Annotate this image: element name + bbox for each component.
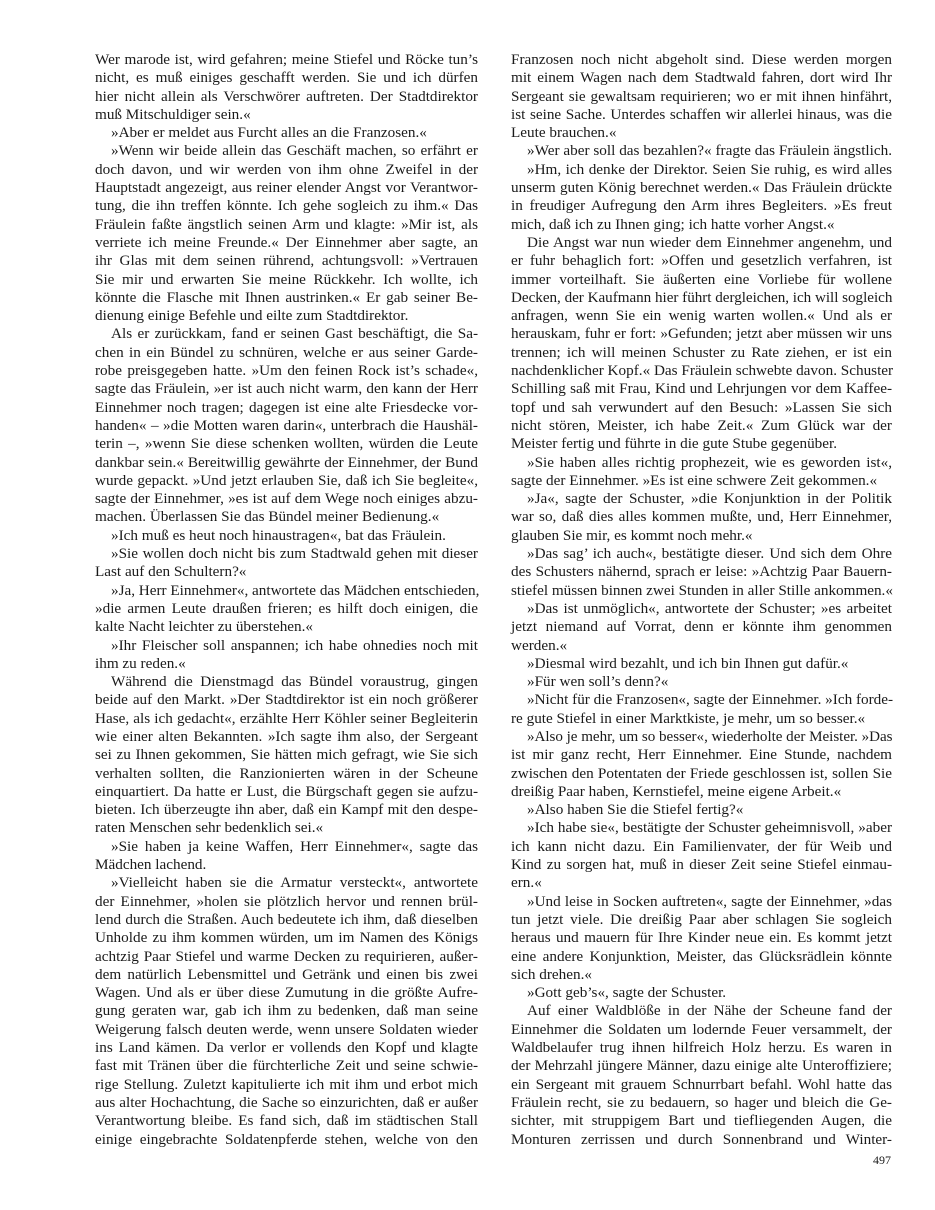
text-line: zwischen den Potentaten der Friede gesch… [511, 765, 892, 783]
text-line: Hase, als ich gedacht«, erzählte Herr Kö… [95, 710, 478, 728]
text-line: Wagen. Und als er über diese Zumutung in… [95, 984, 478, 1002]
text-line: sichter, mit struppigem Bart und tieflie… [511, 1112, 892, 1130]
text-line: Fräulein recht, sie zu bedauern, so hage… [511, 1094, 892, 1112]
text-line: »Sie haben alles richtig prophezeit, wie… [511, 454, 892, 472]
text-line: ihm zu reden.« [95, 655, 478, 673]
text-line: Franzosen noch nicht abgeholt sind. Dies… [511, 51, 892, 69]
text-line: »Nicht für die Franzosen«, sagte der Ein… [511, 691, 892, 709]
text-line: Als er zurückkam, fand er seinen Gast be… [95, 325, 478, 343]
text-line: mich, daß ich zu Ihnen ging; ich hatte v… [511, 216, 892, 234]
text-line: »Ja«, sagte der Schuster, »die Konjunkti… [511, 490, 892, 508]
text-line: dienung einige Befehle und eilte zum Sta… [95, 307, 478, 325]
text-line: Fräulein faßte ängstlich seinen Arm und … [95, 216, 478, 234]
text-line: Meister fertig und führte in die gute St… [511, 435, 892, 453]
text-line: Decken, der Kaufmann hier führt dergleic… [511, 289, 892, 307]
text-line: er fuhr behaglich fort: »Offen und geset… [511, 252, 892, 270]
text-line: achtzig Paar Stiefel und warme Decken zu… [95, 948, 478, 966]
page-number: 497 [873, 1153, 891, 1168]
text-line: des Schusters nähernd, sprach er leise: … [511, 563, 892, 581]
text-line: sagte das Fräulein, »er ist auch nicht w… [95, 380, 478, 398]
text-line: aus alter Hochachtung, die Sache so einz… [95, 1094, 478, 1112]
text-line: Während die Dienstmagd das Bündel voraus… [95, 673, 478, 691]
text-line: trennen; ich will meinen Schuster zu Rat… [511, 344, 892, 362]
text-line: re gute Stiefel in einer Marktkiste, je … [511, 710, 892, 728]
text-line: einquartiert. Da hatte er Lust, die Bürg… [95, 783, 478, 801]
text-line: »Ihr Fleischer soll anspannen; ich habe … [95, 637, 478, 655]
text-line: handen« – »die Motten waren darin«, unte… [95, 417, 478, 435]
text-line: immer vorteilhaft. Sie äußerten eine Vor… [511, 271, 892, 289]
text-line: »Ich habe sie«, bestätigte der Schuster … [511, 819, 892, 837]
text-line: fast mit Tränen über die fürchterliche Z… [95, 1057, 478, 1075]
text-line: ich kann nicht dazu. Ein Familienvater, … [511, 838, 892, 856]
text-line: machen. Überlassen Sie das Bündel meiner… [95, 508, 478, 526]
text-line: terin –, »wenn Sie diese schenken wollte… [95, 435, 478, 453]
text-line: Schilling saß mit Frau, Kind und Lehrjun… [511, 380, 892, 398]
text-line: »Vielleicht haben sie die Armatur verste… [95, 874, 478, 892]
text-line: »Also je mehr, um so besser«, wiederholt… [511, 728, 892, 746]
text-line: »Also haben Sie die Stiefel fertig?« [511, 801, 892, 819]
text-line: eine andere Konjunktion, Meister, das Gl… [511, 948, 892, 966]
text-line: war so, daß dies alles kommen mußte, und… [511, 508, 892, 526]
text-line: Die Angst war nun wieder dem Einnehmer a… [511, 234, 892, 252]
text-line: ihr Glas mit dem seinen rührend, achtung… [95, 252, 478, 270]
text-line: »Hm, ich denke der Direktor. Seien Sie r… [511, 161, 892, 179]
text-line: »Das ist unmöglich«, antwortete der Schu… [511, 600, 892, 618]
text-line: »Und leise in Socken auftreten«, sagte d… [511, 893, 892, 911]
text-line: wurde gepackt. »Und jetzt erlauben Sie, … [95, 472, 478, 490]
text-line: nicht stören, Meister, ich habe Zeit.« Z… [511, 417, 892, 435]
text-line: könnte die Flasche mit Ihnen austrinken.… [95, 289, 478, 307]
text-line: »Diesmal wird bezahlt, und ich bin Ihnen… [511, 655, 892, 673]
text-line: »Das sag’ ich auch«, bestätigte dieser. … [511, 545, 892, 563]
text-line: Sergeant sie gewaltsam requirieren; wo e… [511, 88, 892, 106]
text-line: anfragen, wenn Sie ein wenig warten woll… [511, 307, 892, 325]
text-line: Einnehmer die Soldaten um lodernde Feuer… [511, 1021, 892, 1039]
text-line: Einnehmer noch tragen; dagegen ist eine … [95, 399, 478, 417]
text-line: »Aber er meldet aus Furcht alles an die … [95, 124, 478, 142]
text-line: raten Menschen sehr bedenklich sei.« [95, 819, 478, 837]
text-line: verriete ich meine Freunde.« Der Einnehm… [95, 234, 478, 252]
text-line: wie einer alten Bekannten. »Ich sagte ih… [95, 728, 478, 746]
text-line: »Sie haben ja keine Waffen, Herr Einnehm… [95, 838, 478, 856]
text-line: Hauptstadt angezeigt, aus reiner elender… [95, 179, 478, 197]
text-line: bieten. Ich überzeugte ihn aber, daß ein… [95, 801, 478, 819]
text-line: tung, die ihn treffen könnte. Ich gehe s… [95, 197, 478, 215]
text-line: dem natürlich Lebensmittel und Getränk u… [95, 966, 478, 984]
text-line: »Ich muß es heut noch hinaustragen«, bat… [95, 527, 478, 545]
text-line: sagte der Einnehmer. »Es ist eine schwer… [511, 472, 892, 490]
text-line: der Einnehmer, »holen sie plötzlich herv… [95, 893, 478, 911]
text-line: »die armen Leute draußen frieren; es hil… [95, 600, 478, 618]
text-line: chen in ein Bündel zu schnüren, welche e… [95, 344, 478, 362]
text-line: Leute brauchen.« [511, 124, 892, 142]
text-line: dreißig Paar haben, Kernstiefel, meine e… [511, 783, 892, 801]
text-line: Waldbelaufer trug ihnen hilfreich Holz h… [511, 1039, 892, 1057]
text-line: rige Stellung. Zuletzt kapitulierte ich … [95, 1076, 478, 1094]
text-line: hier nicht allein als Verschwörer auftre… [95, 88, 478, 106]
text-line: gung geraten war, gab ich ihm zu bedenke… [95, 1002, 478, 1020]
text-line: herauskam, fuhr er fort: »Gefunden; jetz… [511, 325, 892, 343]
text-line: heraus und mauern für Ihre Kinder neue e… [511, 929, 892, 947]
text-line: Kind zu sorgen hat, muß in dieser Zeit s… [511, 856, 892, 874]
text-line: Mädchen lachend. [95, 856, 478, 874]
text-line: lend durch die Straßen. Auch bedeutete i… [95, 911, 478, 929]
text-line: muß Mitschuldiger sein.« [95, 106, 478, 124]
text-line: robe preisgegeben hatte. »Um den feinen … [95, 362, 478, 380]
text-line: topf und sah verwundert auf den Besuch: … [511, 399, 892, 417]
text-line: nicht, es muß einiges geschafft werden. … [95, 69, 478, 87]
text-line: jetzt niemand auf Vorrat, denn er könnte… [511, 618, 892, 636]
text-line: Verantwortung bleibe. Es fand sich, daß … [95, 1112, 478, 1130]
text-line: sich drehen.« [511, 966, 892, 984]
text-line: doch davon, und wir werden von ihm ohne … [95, 161, 478, 179]
book-page: Wer marode ist, wird gefahren; meine Sti… [0, 0, 935, 1210]
text-line: Last auf den Schultern?« [95, 563, 478, 581]
text-line: ins Land kämen. Da verlor er vollends de… [95, 1039, 478, 1057]
text-line: Monturen zerrissen und durch Sonnenbrand… [511, 1131, 892, 1149]
text-column-left: Wer marode ist, wird gefahren; meine Sti… [95, 51, 478, 1149]
text-line: Weigerung falsch deuten werde, wenn unse… [95, 1021, 478, 1039]
text-line: stiefel müssen binnen zwei Stunden in al… [511, 582, 892, 600]
text-column-right: Franzosen noch nicht abgeholt sind. Dies… [511, 51, 892, 1149]
text-line: glauben Sie mir, es kommt noch mehr.« [511, 527, 892, 545]
text-line: der Mehrzahl jüngere Männer, dazu einige… [511, 1057, 892, 1075]
text-line: Unholde zu ihm kommen würden, um im Name… [95, 929, 478, 947]
text-line: verhalten sollten, die Ranzionierten wär… [95, 765, 478, 783]
text-line: »Gott geb’s«, sagte der Schuster. [511, 984, 892, 1002]
text-line: Wer marode ist, wird gefahren; meine Sti… [95, 51, 478, 69]
text-line: kalte Nacht leichter zu überstehen.« [95, 618, 478, 636]
text-line: dankbar sein.« Bereitwillig gewährte der… [95, 454, 478, 472]
text-line: tun jetzt viele. Die dreißig Paar aber s… [511, 911, 892, 929]
text-line: »Für wen soll’s denn?« [511, 673, 892, 691]
text-line: in freudiger Aufregung den Arm ihres Beg… [511, 197, 892, 215]
text-line: Sie mir und erwarten Sie meine Rückkehr.… [95, 271, 478, 289]
text-line: ist seine Sache. Unterdes schaffen wir a… [511, 106, 892, 124]
text-line: mit einem Wagen nach dem Stadtwald fahre… [511, 69, 892, 87]
text-line: ist mir ganz recht, Herr Einnehmer. Eine… [511, 746, 892, 764]
text-line: »Ja, Herr Einnehmer«, antwortete das Mäd… [95, 582, 478, 600]
text-line: »Wenn wir beide allein das Geschäft mach… [95, 142, 478, 160]
text-line: Auf einer Waldblöße in der Nähe der Sche… [511, 1002, 892, 1020]
text-line: sei zu Ihnen gekommen, Sie hätten mich g… [95, 746, 478, 764]
text-line: »Sie wollen doch nicht bis zum Stadtwald… [95, 545, 478, 563]
text-line: »Wer aber soll das bezahlen?« fragte das… [511, 142, 892, 160]
text-line: sagte der Einnehmer, »es ist auf dem Weg… [95, 490, 478, 508]
text-line: einige eingebrachte Soldatenpferde stehe… [95, 1131, 478, 1149]
text-line: beide auf den Markt. »Der Stadtdirektor … [95, 691, 478, 709]
text-line: ern.« [511, 874, 892, 892]
text-line: werden.« [511, 637, 892, 655]
text-line: unserm guten König berechnet werden.« Da… [511, 179, 892, 197]
text-line: nachdenklicher Kopf.« Das Fräulein schwe… [511, 362, 892, 380]
text-line: ein Sergeant mit grauem Schnurrbart befa… [511, 1076, 892, 1094]
